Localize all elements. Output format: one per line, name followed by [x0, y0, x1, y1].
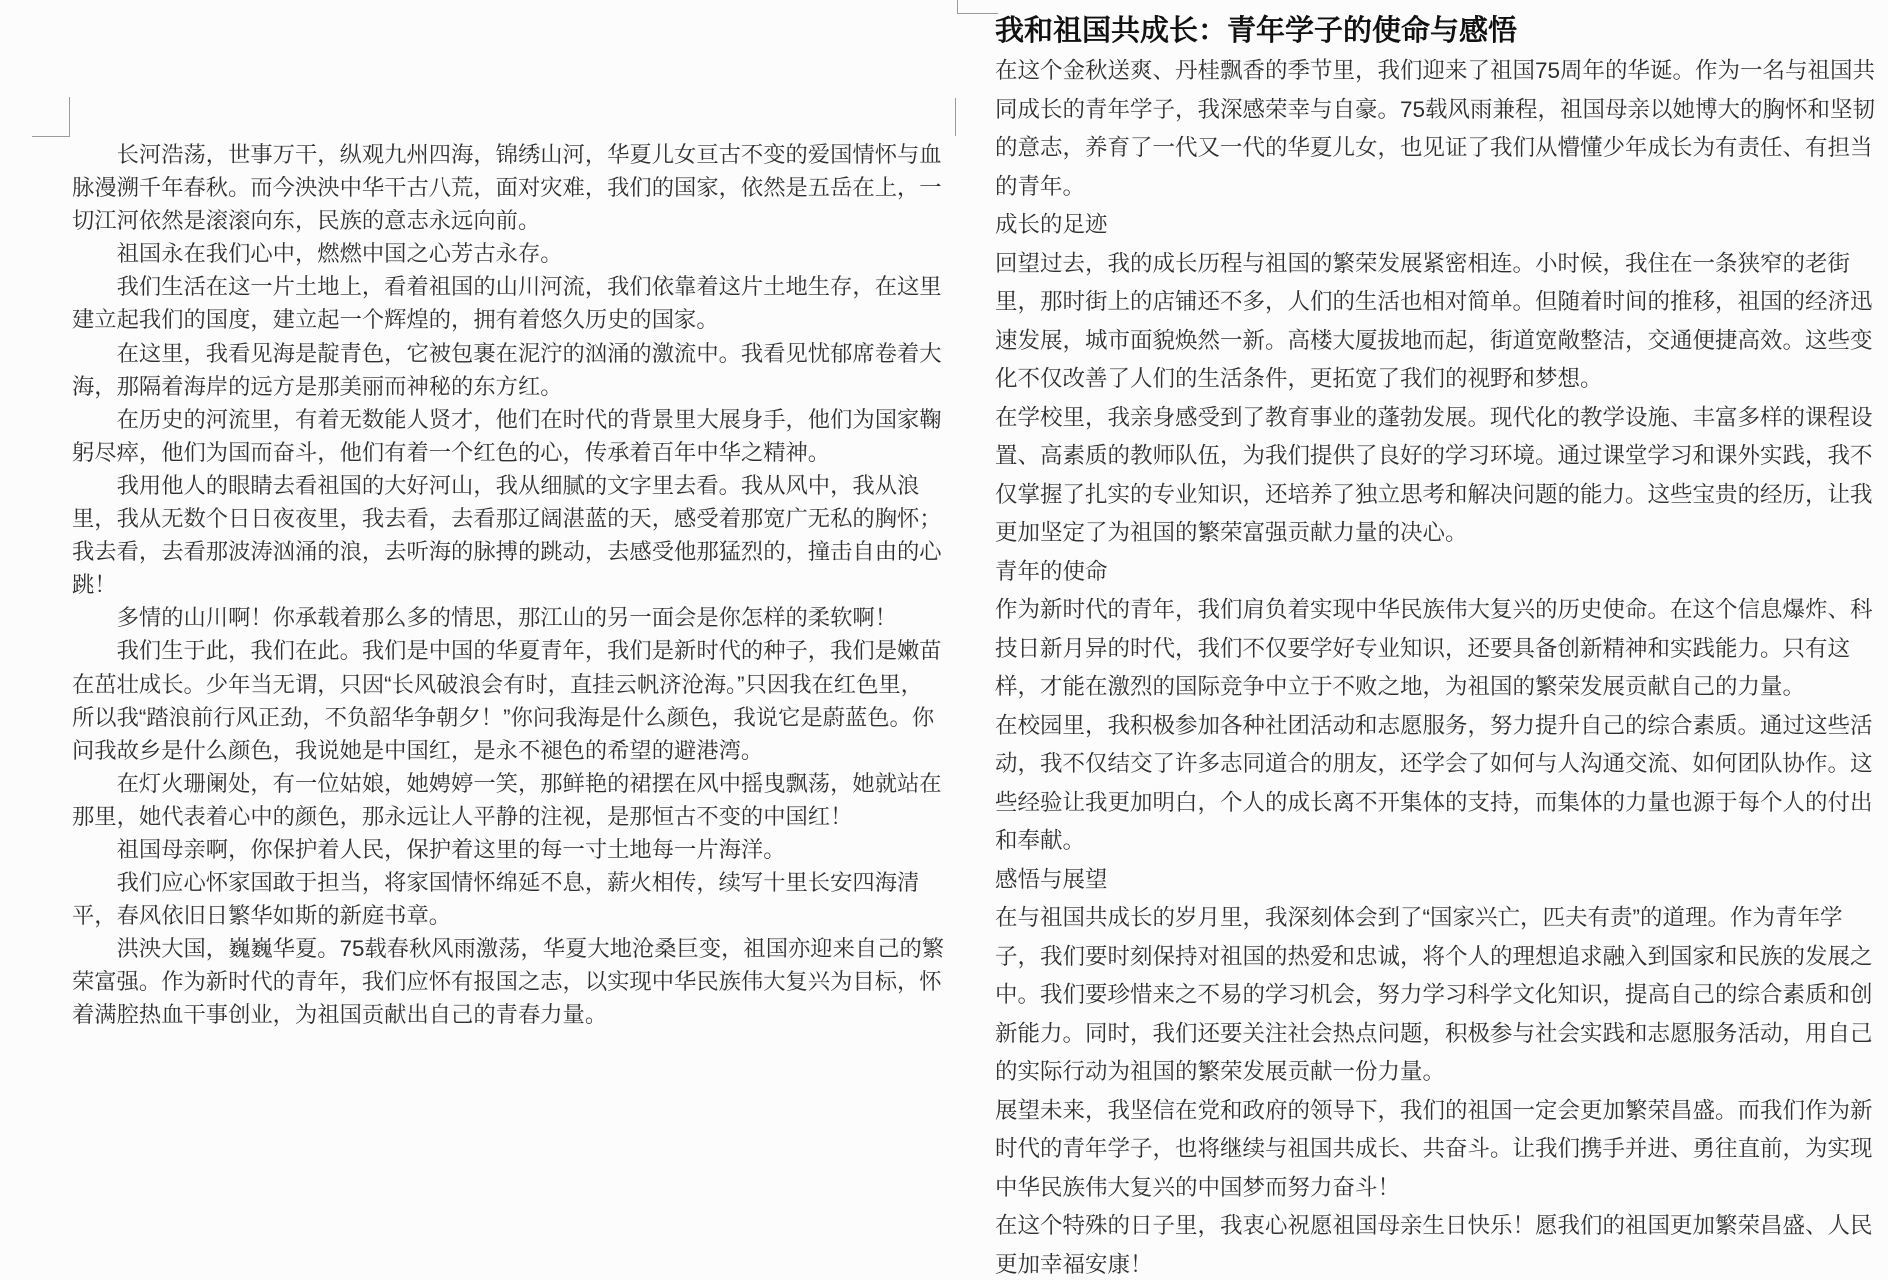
text-line: 在校园里，我积极参加各种社团活动和志愿服务，努力提升自己的综合素质。通过这些活 — [995, 707, 1875, 746]
text-line: 那里，她代表着心中的颜色，那永远让人平静的注视，是那恒古不变的中国红！ — [72, 800, 944, 833]
text-line: 的青年。 — [995, 168, 1875, 207]
text-line: 在这个金秋送爽、丹桂飘香的季节里，我们迎来了祖国75周年的华诞。作为一名与祖国共 — [995, 52, 1875, 91]
text-line: 在与祖国共成长的岁月里，我深刻体会到了“国家兴亡，匹夫有责”的道理。作为青年学 — [995, 899, 1875, 938]
text-line: 成长的足迹 — [995, 206, 1875, 245]
text-line: 切江河依然是滚滚向东，民族的意志永远向前。 — [72, 204, 944, 237]
text-line: 我们应心怀家国敢于担当，将家国情怀绵延不息，薪火相传，续写十里长安四海清 — [72, 866, 944, 899]
text-line: 作为新时代的青年，我们肩负着实现中华民族伟大复兴的历史使命。在这个信息爆炸、科 — [995, 591, 1875, 630]
text-line: 着满腔热血干事创业，为祖国贡献出自己的青春力量。 — [72, 998, 944, 1031]
text-line: 在学校里，我亲身感受到了教育事业的蓬勃发展。现代化的教学设施、丰富多样的课程设 — [995, 399, 1875, 438]
text-line: 置、高素质的教师队伍，为我们提供了良好的学习环境。通过课堂学习和课外实践，我不 — [995, 437, 1875, 476]
text-line: 洪泱大国，巍巍华夏。75载春秋风雨激荡，华夏大地沧桑巨变，祖国亦迎来自己的繁 — [72, 932, 944, 965]
text-line: 问我故乡是什么颜色，我说她是中国红，是永不褪色的希望的避港湾。 — [72, 734, 944, 767]
left-document-text: 长河浩荡，世事万干，纵观九州四海，锦绣山河，华夏儿女亘古不变的爱国情怀与血脉漫溯… — [72, 138, 944, 1032]
text-line: 脉漫溯千年春秋。而今泱泱中华干古八荒，面对灾难，我们的国家，依然是五岳在上，一 — [72, 171, 944, 204]
text-line: 我们生活在这一片土地上，看着祖国的山川河流，我们依靠着这片土地生存，在这里 — [72, 270, 944, 303]
text-line: 祖国永在我们心中，燃燃中国之心芳古永存。 — [72, 237, 944, 270]
text-line: 所以我“踏浪前行风正劲，不负韶华争朝夕！”你问我海是什么颜色，我说它是蔚蓝色。你 — [72, 701, 944, 734]
text-line: 跳！ — [72, 568, 944, 601]
text-line: 的意志，养育了一代又一代的华夏儿女，也见证了我们从懵懂少年成长为有责任、有担当 — [995, 129, 1875, 168]
text-line: 更加坚定了为祖国的繁荣富强贡献力量的决心。 — [995, 514, 1875, 553]
text-line: 中。我们要珍惜来之不易的学习机会，努力学习科学文化知识，提高自己的综合素质和创 — [995, 976, 1875, 1015]
left-page-margin-corner-icon — [32, 97, 70, 137]
right-page-margin-mark-icon — [955, 98, 956, 136]
text-line: 在这里，我看见海是靛青色，它被包裹在泥泞的汹涌的激流中。我看见忧郁席卷着大 — [72, 337, 944, 370]
text-line: 在历史的河流里，有着无数能人贤才，他们在时代的背景里大展身手，他们为国家鞠 — [72, 403, 944, 436]
text-line: 和奉献。 — [995, 822, 1875, 861]
text-line: 长河浩荡，世事万干，纵观九州四海，锦绣山河，华夏儿女亘古不变的爱国情怀与血 — [72, 138, 944, 171]
right-page-top-margin-corner-icon — [957, 0, 998, 14]
text-line: 多情的山川啊！你承载着那么多的情思，那江山的另一面会是你怎样的柔软啊！ — [72, 601, 944, 634]
text-line: 建立起我们的国度，建立起一个辉煌的，拥有着悠久历史的国家。 — [72, 303, 944, 336]
text-line: 时代的青年学子，也将继续与祖国共成长、共奋斗。让我们携手并进、勇往直前，为实现 — [995, 1130, 1875, 1169]
text-line: 样，才能在激烈的国际竞争中立于不败之地，为祖国的繁荣发展贡献自己的力量。 — [995, 668, 1875, 707]
document-comparison-view: 长河浩荡，世事万干，纵观九州四海，锦绣山河，华夏儿女亘古不变的爱国情怀与血脉漫溯… — [0, 0, 1888, 1280]
text-line: 子，我们要时刻保持对祖国的热爱和忠诚，将个人的理想追求融入到国家和民族的发展之 — [995, 938, 1875, 977]
text-line: 回望过去，我的成长历程与祖国的繁荣发展紧密相连。小时候，我住在一条狭窄的老街 — [995, 245, 1875, 284]
text-line: 里，那时街上的店铺还不多，人们的生活也相对简单。但随着时间的推移，祖国的经济迅 — [995, 283, 1875, 322]
text-line: 海，那隔着海岸的远方是那美丽而神秘的东方红。 — [72, 370, 944, 403]
text-line: 祖国母亲啊，你保护着人民，保护着这里的每一寸土地每一片海洋。 — [72, 833, 944, 866]
text-line: 青年的使命 — [995, 553, 1875, 592]
text-line: 荣富强。作为新时代的青年，我们应怀有报国之志，以实现中华民族伟大复兴为目标，怀 — [72, 965, 944, 998]
text-line: 躬尽瘁，他们为国而奋斗，他们有着一个红色的心，传承着百年中华之精神。 — [72, 436, 944, 469]
text-line: 仅掌握了扎实的专业知识，还培养了独立思考和解决问题的能力。这些宝贵的经历，让我 — [995, 476, 1875, 515]
text-line: 中华民族伟大复兴的中国梦而努力奋斗！ — [995, 1169, 1875, 1208]
text-line: 在茁壮成长。少年当无谓，只因“长风破浪会有时，直挂云帆济沧海。”只因我在红色里， — [72, 668, 944, 701]
text-line: 平，春风依旧日繁华如斯的新庭书章。 — [72, 899, 944, 932]
text-line: 我用他人的眼睛去看祖国的大好河山，我从细腻的文字里去看。我从风中，我从浪 — [72, 469, 944, 502]
left-document-page[interactable]: 长河浩荡，世事万干，纵观九州四海，锦绣山河，华夏儿女亘古不变的爱国情怀与血脉漫溯… — [72, 138, 944, 1032]
right-document-title: 我和祖国共成长：青年学子的使命与感悟 — [995, 14, 1875, 52]
text-line: 动，我不仅结交了许多志同道合的朋友，还学会了如何与人沟通交流、如何团队协作。这 — [995, 745, 1875, 784]
right-document-page[interactable]: 我和祖国共成长：青年学子的使命与感悟 在这个金秋送爽、丹桂飘香的季节里，我们迎来… — [995, 14, 1875, 1280]
text-line: 速发展，城市面貌焕然一新。高楼大厦拔地而起，街道宽敞整洁，交通便捷高效。这些变 — [995, 322, 1875, 361]
text-line: 我们生于此，我们在此。我们是中国的华夏青年，我们是新时代的种子，我们是嫩苗 — [72, 634, 944, 667]
text-line: 里，我从无数个日日夜夜里，我去看，去看那辽阔湛蓝的天，感受着那宽广无私的胸怀； — [72, 502, 944, 535]
text-line: 的实际行动为祖国的繁荣发展贡献一份力量。 — [995, 1053, 1875, 1092]
text-line: 在这个特殊的日子里，我衷心祝愿祖国母亲生日快乐！愿我们的祖国更加繁荣昌盛、人民 — [995, 1207, 1875, 1246]
text-line: 展望未来，我坚信在党和政府的领导下，我们的祖国一定会更加繁荣昌盛。而我们作为新 — [995, 1092, 1875, 1131]
text-line: 技日新月异的时代，我们不仅要学好专业知识，还要具备创新精神和实践能力。只有这 — [995, 630, 1875, 669]
text-line: 化不仅改善了人们的生活条件，更拓宽了我们的视野和梦想。 — [995, 360, 1875, 399]
text-line: 更加幸福安康！ — [995, 1246, 1875, 1280]
right-document-text: 在这个金秋送爽、丹桂飘香的季节里，我们迎来了祖国75周年的华诞。作为一名与祖国共… — [995, 52, 1875, 1280]
text-line: 在灯火珊阑处，有一位姑娘，她娉婷一笑，那鲜艳的裙摆在风中摇曳飘荡，她就站在 — [72, 767, 944, 800]
text-line: 同成长的青年学子，我深感荣幸与自豪。75载风雨兼程，祖国母亲以她博大的胸怀和坚韧 — [995, 91, 1875, 130]
text-line: 感悟与展望 — [995, 861, 1875, 900]
text-line: 新能力。同时，我们还要关注社会热点问题，积极参与社会实践和志愿服务活动，用自己 — [995, 1015, 1875, 1054]
text-line: 我去看，去看那波涛汹涌的浪，去听海的脉搏的跳动，去感受他那猛烈的，撞击自由的心 — [72, 535, 944, 568]
text-line: 些经验让我更加明白，个人的成长离不开集体的支持，而集体的力量也源于每个人的付出 — [995, 784, 1875, 823]
